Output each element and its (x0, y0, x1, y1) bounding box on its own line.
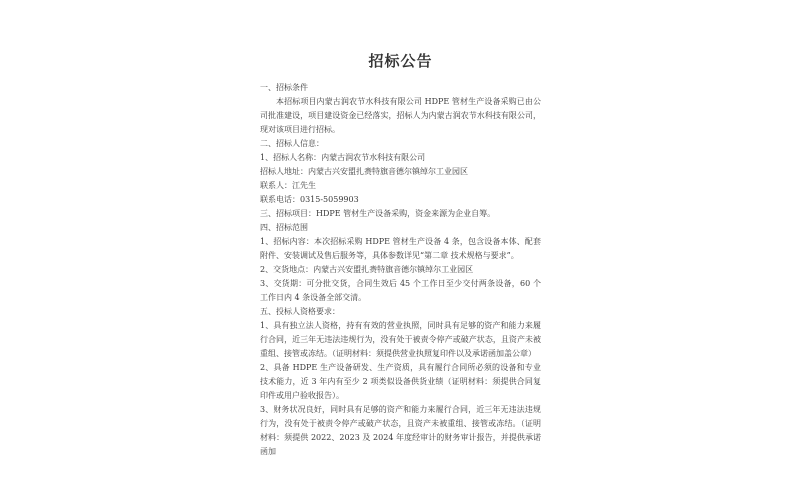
paragraph: 三、招标项目：HDPE 管材生产设备采购，资金来源为企业自筹。 (260, 207, 541, 221)
document-body: 一、招标条件本招标项目内蒙古润农节水科技有限公司 HDPE 管材生产设备采购已由… (260, 81, 541, 459)
paragraph: 2、交货地点：内蒙古兴安盟扎赉特旗音德尔镇绰尔工业园区 (260, 263, 541, 277)
paragraph: 1、招标内容：本次招标采购 HDPE 管材生产设备 4 条，包含设备本体、配套附… (260, 235, 541, 263)
paragraph: 2、具备 HDPE 生产设备研发、生产资质，具有履行合同所必须的设备和专业技术能… (260, 361, 541, 403)
paragraph: 四、招标范围 (260, 221, 541, 235)
paragraph: 一、招标条件 (260, 81, 541, 95)
paragraph: 五、投标人资格要求： (260, 305, 541, 319)
document-title: 招标公告 (260, 50, 541, 71)
paragraph: 联系人：江先生 (260, 179, 541, 193)
paragraph: 联系电话：0315-5059903 (260, 193, 541, 207)
document-page: 招标公告 一、招标条件本招标项目内蒙古润农节水科技有限公司 HDPE 管材生产设… (0, 0, 800, 500)
paragraph: 1、招标人名称：内蒙古润农节水科技有限公司 (260, 151, 541, 165)
paragraph: 1、具有独立法人资格，持有有效的营业执照，同时具有足够的资产和能力来履行合同，近… (260, 319, 541, 361)
paragraph: 招标人地址：内蒙古兴安盟扎赉特旗音德尔镇绰尔工业园区 (260, 165, 541, 179)
paragraph: 3、财务状况良好，同时具有足够的资产和能力来履行合同，近三年无违法违规行为，没有… (260, 403, 541, 459)
paragraph: 二、招标人信息： (260, 137, 541, 151)
paragraph: 本招标项目内蒙古润农节水科技有限公司 HDPE 管材生产设备采购已由公司批准建设… (260, 95, 541, 137)
paragraph: 3、交货期：可分批交货，合同生效后 45 个工作日至少交付两条设备，60 个工作… (260, 277, 541, 305)
